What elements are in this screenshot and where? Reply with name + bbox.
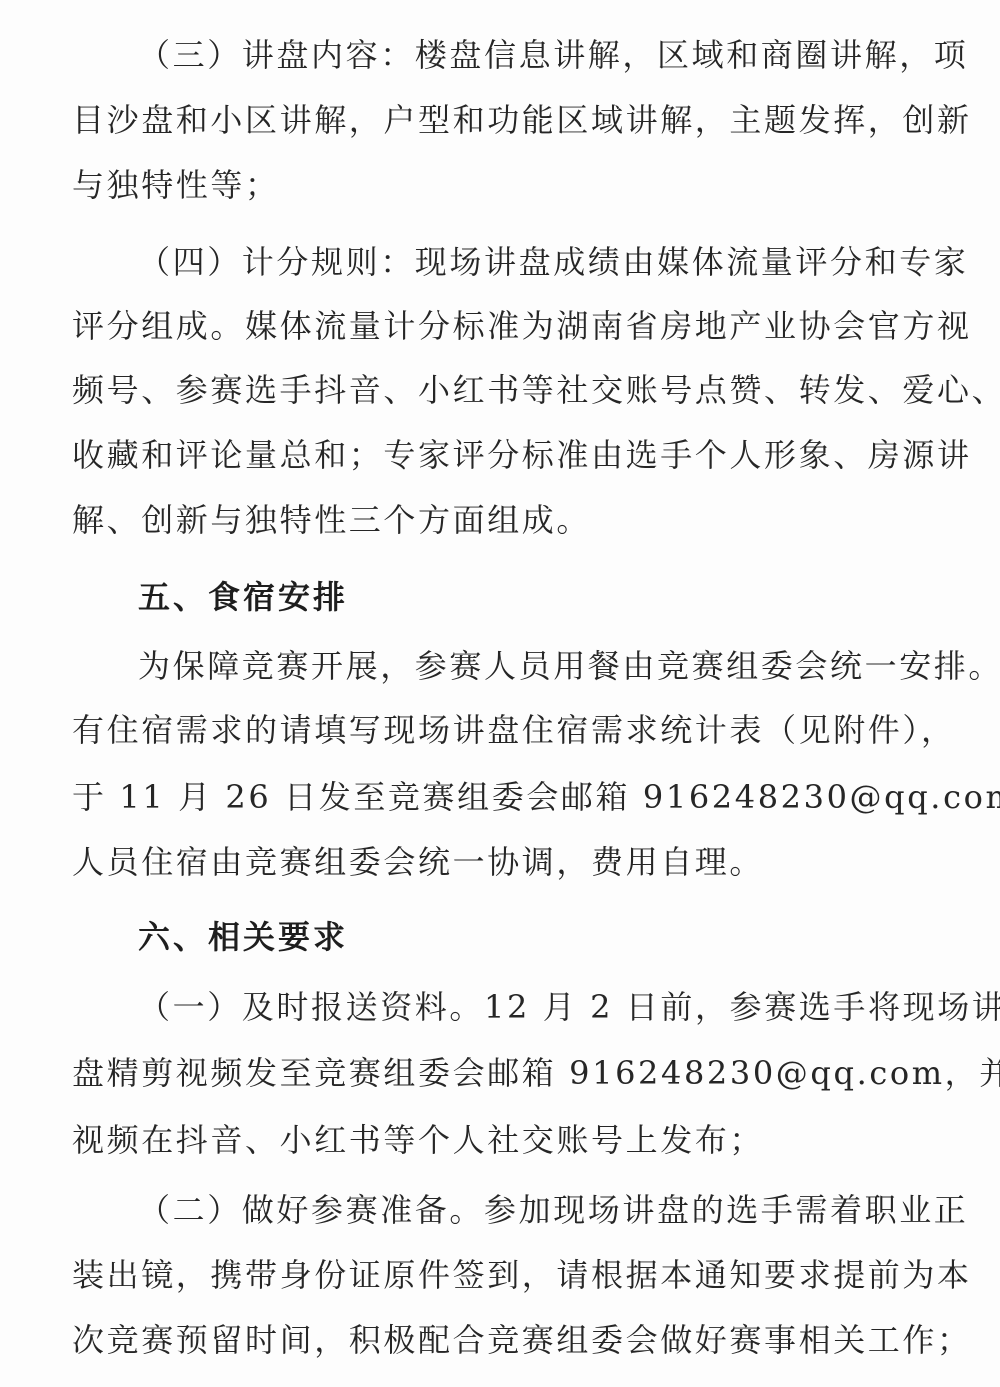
accommodation-line-4: 人员住宿由竞赛组委会统一协调，费用自理。	[72, 842, 932, 882]
item-4-line-4: 收藏和评论量总和；专家评分标准由选手个人形象、房源讲	[72, 435, 932, 475]
item-3-line-3: 与独特性等；	[72, 165, 932, 205]
req-1-line-2: 盘精剪视频发至竞赛组委会邮箱 916248230@qq.com，并将该	[72, 1053, 932, 1093]
accommodation-line-2: 有住宿需求的请填写现场讲盘住宿需求统计表（见附件），	[72, 710, 932, 750]
req-2-line-3: 次竞赛预留时间，积极配合竞赛组委会做好赛事相关工作；	[72, 1320, 932, 1360]
req-1-line-3: 视频在抖音、小红书等个人社交账号上发布；	[72, 1120, 932, 1160]
item-4-line-3: 频号、参赛选手抖音、小红书等社交账号点赞、转发、爱心、	[72, 370, 932, 410]
req-2-line-2: 装出镜，携带身份证原件签到，请根据本通知要求提前为本	[72, 1255, 932, 1295]
item-3-line-1: （三）讲盘内容：楼盘信息讲解，区域和商圈讲解，项	[138, 35, 998, 75]
section-heading-requirements: 六、相关要求	[138, 917, 998, 957]
req-2-line-1: （二）做好参赛准备。参加现场讲盘的选手需着职业正	[138, 1190, 998, 1230]
item-4-line-2: 评分组成。媒体流量计分标准为湖南省房地产业协会官方视	[72, 306, 932, 346]
item-4-line-1: （四）计分规则：现场讲盘成绩由媒体流量评分和专家	[138, 242, 998, 282]
req-1-line-1: （一）及时报送资料。12 月 2 日前，参赛选手将现场讲	[138, 987, 998, 1027]
accommodation-line-1: 为保障竞赛开展，参赛人员用餐由竞赛组委会统一安排。	[138, 646, 998, 686]
accommodation-line-3: 于 11 月 26 日发至竞赛组委会邮箱 916248230@qq.com，参赛	[72, 777, 932, 817]
item-3-line-2: 目沙盘和小区讲解，户型和功能区域讲解，主题发挥，创新	[72, 100, 932, 140]
section-heading-accommodation: 五、食宿安排	[138, 577, 998, 617]
item-4-line-5: 解、创新与独特性三个方面组成。	[72, 500, 932, 540]
scanned-document-page: （三）讲盘内容：楼盘信息讲解，区域和商圈讲解，项 目沙盘和小区讲解，户型和功能区…	[0, 0, 1000, 1387]
